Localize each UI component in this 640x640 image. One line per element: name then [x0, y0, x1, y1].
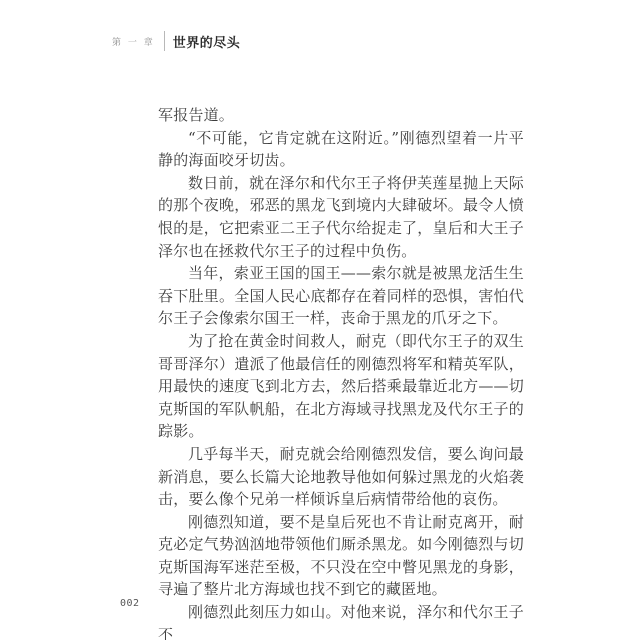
page-number: 002	[120, 598, 140, 609]
chapter-title: 世界的尽头	[173, 32, 241, 51]
paragraph: 刚德烈知道，要不是皇后死也不肯让耐克离开，耐克必定气势汹汹地带领他们厮杀黑龙。如…	[158, 511, 524, 601]
paragraph: 刚德烈此刻压力如山。对他来说，泽尔和代尔王子不	[158, 601, 524, 640]
chapter-number: 第 一 章	[112, 35, 155, 48]
paragraph: 当年，索亚王国的国王——索尔就是被黑龙活生生吞下肚里。全国人民心底都存在着同样的…	[158, 262, 524, 330]
paragraph: 为了抢在黄金时间救人，耐克（即代尔王子的双生哥哥泽尔）遣派了他最信任的刚德烈将军…	[158, 330, 524, 443]
paragraph: 几乎每半天，耐克就会给刚德烈发信，要么询问最新消息，要么长篇大论地教导他如何躲过…	[158, 443, 524, 511]
running-header: 第 一 章 世界的尽头	[112, 30, 240, 52]
paragraph: “不可能，它肯定就在这附近。”刚德烈望着一片平静的海面咬牙切齿。	[158, 127, 524, 172]
header-divider	[164, 31, 165, 51]
paragraph: 数日前，就在泽尔和代尔王子将伊芙莲星抛上天际的那个夜晚，邪恶的黑龙飞到境内大肆破…	[158, 172, 524, 262]
paragraph: 军报告道。	[158, 104, 524, 127]
body-text: 军报告道。 “不可能，它肯定就在这附近。”刚德烈望着一片平静的海面咬牙切齿。 数…	[158, 104, 524, 640]
